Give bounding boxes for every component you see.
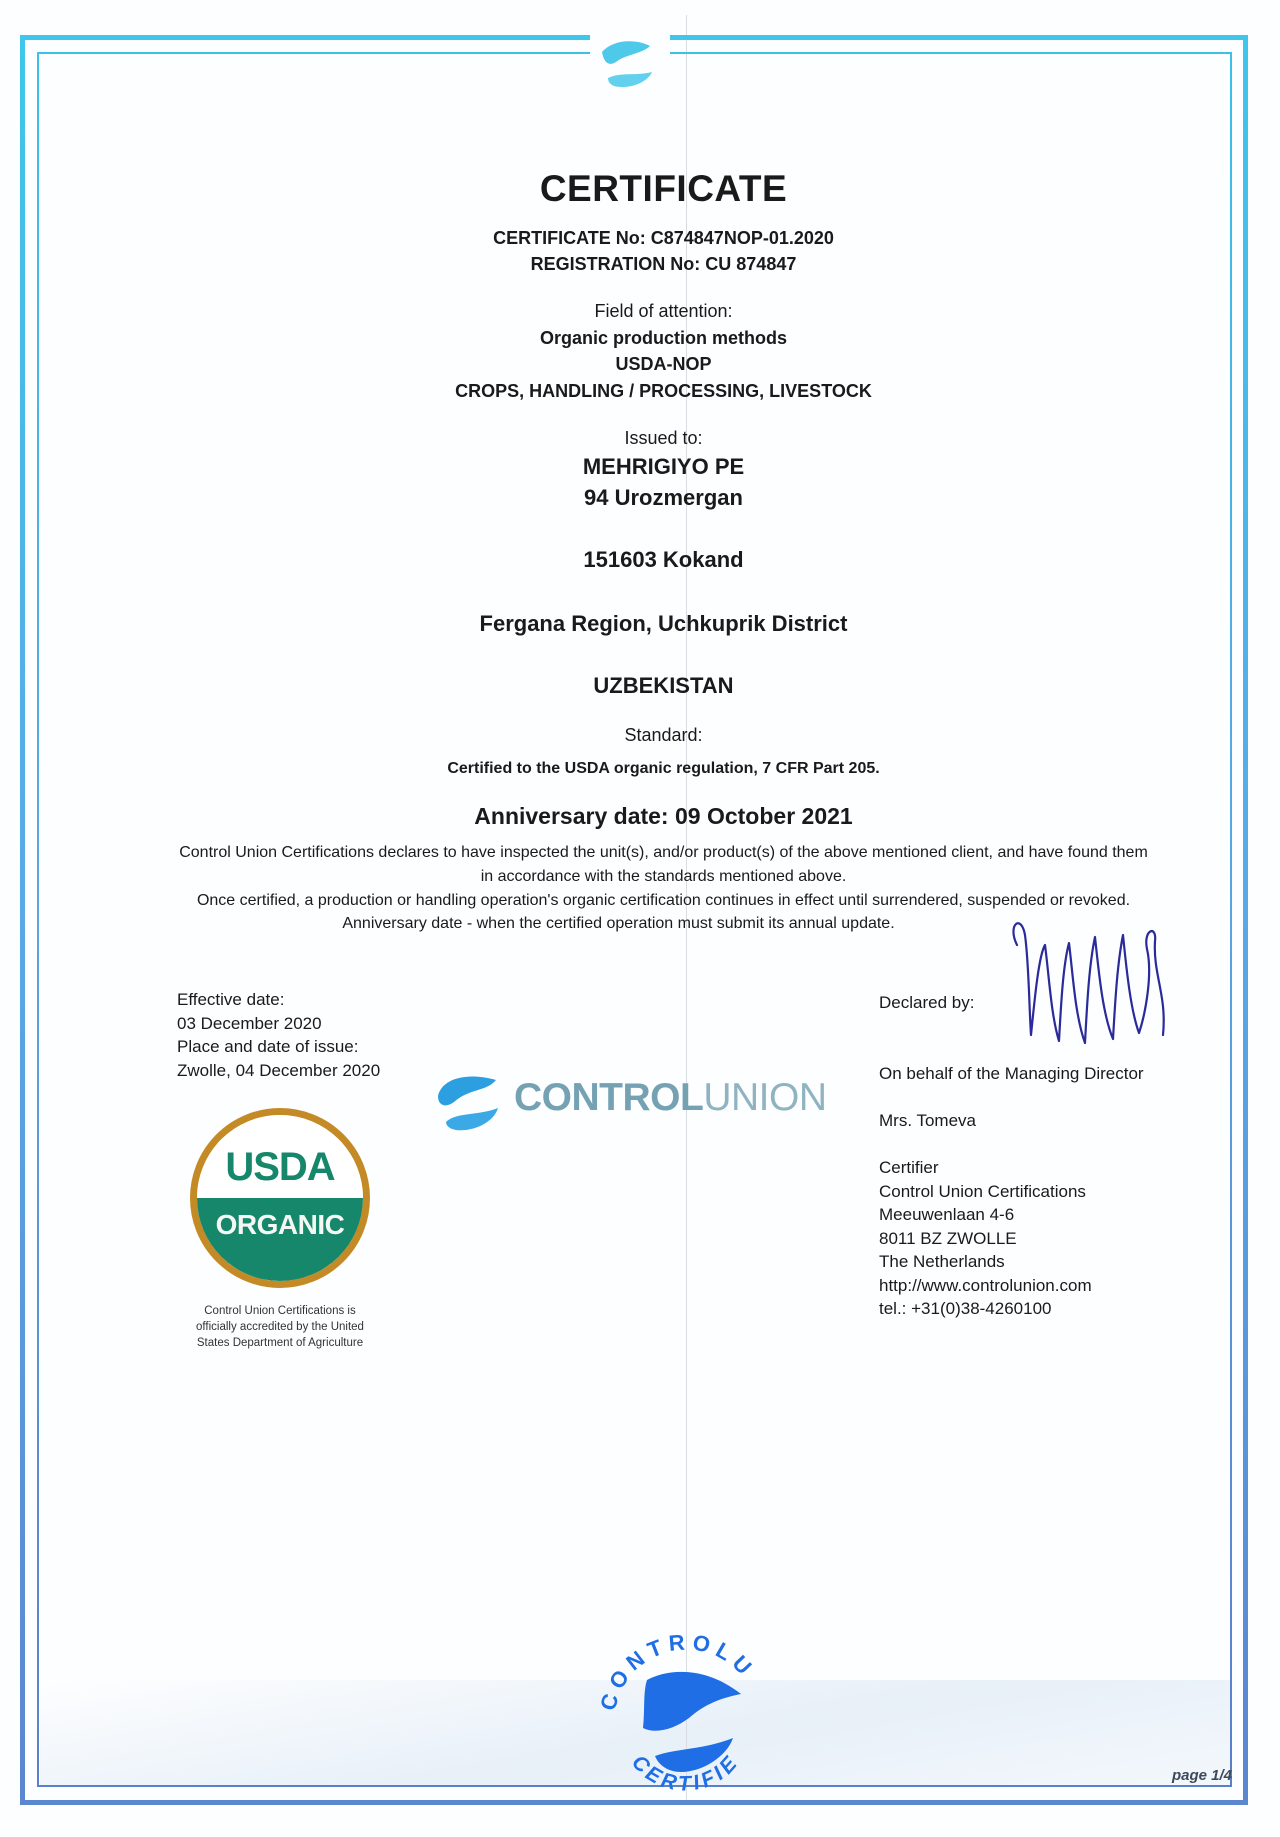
issued-label: Issued to:: [0, 428, 1280, 449]
usda-accreditation-caption: Control Union Certifications is official…: [170, 1303, 390, 1351]
standard-text: Certified to the USDA organic regulation…: [0, 760, 1280, 778]
certificate-number: CERTIFICATE No: C874847NOP-01.2020: [0, 228, 1280, 249]
field-line: CROPS, HANDLING / PROCESSING, LIVESTOCK: [0, 381, 1280, 402]
certifier-line: Meeuwenlaan 4-6: [879, 1203, 1092, 1227]
effective-label: Effective date:: [177, 988, 380, 1012]
client-city: 151603 Kokand: [0, 547, 1280, 573]
certifier-phone: tel.: +31(0)38-4260100: [879, 1297, 1092, 1321]
certifier-line: The Netherlands: [879, 1250, 1092, 1274]
control-union-wave-icon: [434, 1066, 504, 1136]
usda-logo-top: USDA: [197, 1145, 363, 1190]
usda-organic-logo: USDA ORGANIC: [190, 1108, 370, 1288]
certifier-line: Control Union Certifications: [879, 1180, 1092, 1204]
client-name: MEHRIGIYO PE: [0, 454, 1280, 480]
issue-dates: Effective date: 03 December 2020 Place a…: [177, 988, 380, 1082]
registration-number: REGISTRATION No: CU 874847: [0, 254, 1280, 275]
declared-by-label: Declared by:: [879, 991, 974, 1015]
issue-label: Place and date of issue:: [177, 1035, 380, 1059]
field-line: USDA-NOP: [0, 354, 1280, 375]
client-country: UZBEKISTAN: [0, 673, 1280, 699]
certifier-line: 8011 BZ ZWOLLE: [879, 1227, 1092, 1251]
certifier-website: http://www.controlunion.com: [879, 1274, 1092, 1298]
declaration-line: Once certified, a production or handling…: [0, 892, 1280, 910]
issue-value: Zwolle, 04 December 2020: [177, 1059, 380, 1083]
control-union-certified-seal: CONTROLUNION CERTIFIED: [585, 1600, 785, 1800]
certifier-label: Certifier: [879, 1156, 1092, 1180]
on-behalf-text: On behalf of the Managing Director: [879, 1062, 1144, 1086]
effective-date: 03 December 2020: [177, 1012, 380, 1036]
page-number: page 1/4: [1172, 1767, 1232, 1784]
signatory-name: Mrs. Tomeva: [879, 1109, 976, 1133]
control-union-logo: CONTROLUNION: [434, 1066, 834, 1136]
signature: [1005, 915, 1175, 1055]
top-wave-emblem: [590, 28, 670, 98]
field-label: Field of attention:: [0, 301, 1280, 322]
usda-logo-bottom: ORGANIC: [197, 1209, 363, 1241]
logo-text-bold: CONTROL: [514, 1076, 703, 1119]
certificate-title: CERTIFICATE: [0, 168, 1280, 210]
client-street: 94 Urozmergan: [0, 485, 1280, 511]
client-region: Fergana Region, Uchkuprik District: [0, 611, 1280, 637]
certifier-block: Certifier Control Union Certifications M…: [879, 1156, 1092, 1321]
field-line: Organic production methods: [0, 328, 1280, 349]
declaration-line: in accordance with the standards mention…: [0, 868, 1280, 886]
standard-label: Standard:: [0, 725, 1280, 746]
declaration-line: Control Union Certifications declares to…: [0, 844, 1280, 862]
anniversary-date: Anniversary date: 09 October 2021: [0, 803, 1280, 830]
logo-text-light: UNION: [703, 1076, 826, 1119]
